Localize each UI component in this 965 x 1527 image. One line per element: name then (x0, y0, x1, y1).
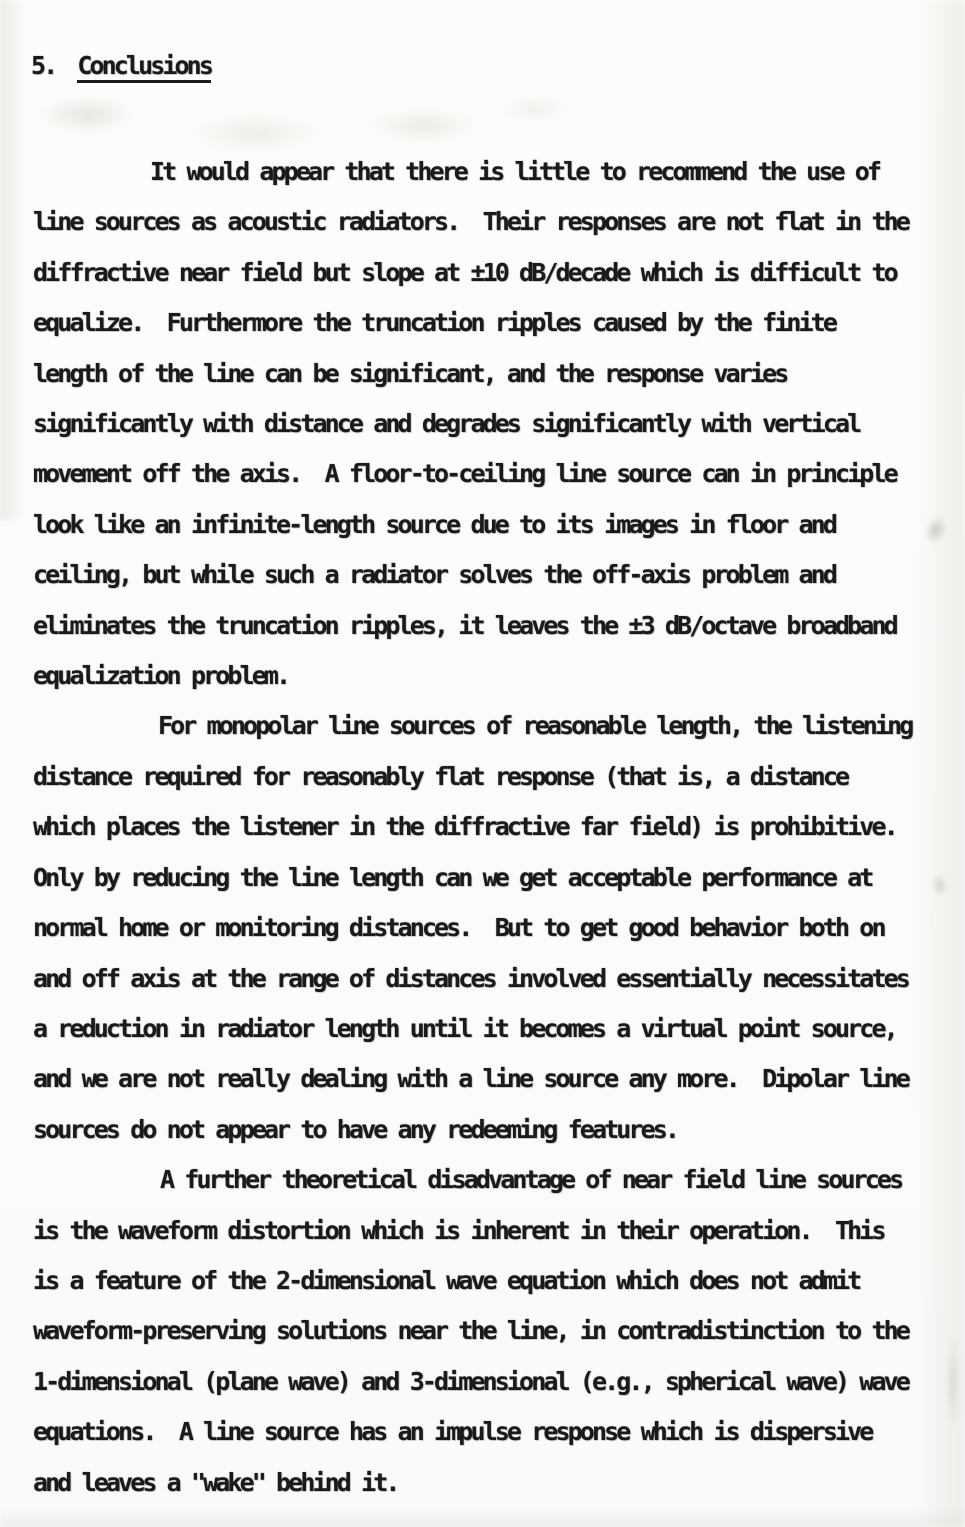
section-title: Conclusions (77, 53, 211, 83)
paragraph: A further theoretical disadvantage of ne… (33, 1155, 947, 1508)
scanned-document-page: 5.Conclusions It would appear that there… (0, 0, 965, 1527)
section-heading: 5.Conclusions (31, 53, 211, 83)
scan-edge-shade-left (0, 0, 24, 520)
scan-edge-shade-bottom (0, 1509, 965, 1527)
document-body: It would appear that there is little to … (33, 147, 947, 1508)
paragraph: For monopolar line sources of reasonable… (33, 701, 947, 1155)
paragraph: It would appear that there is little to … (33, 147, 947, 701)
section-number: 5. (31, 53, 55, 78)
scan-speckle (946, 1335, 960, 1430)
